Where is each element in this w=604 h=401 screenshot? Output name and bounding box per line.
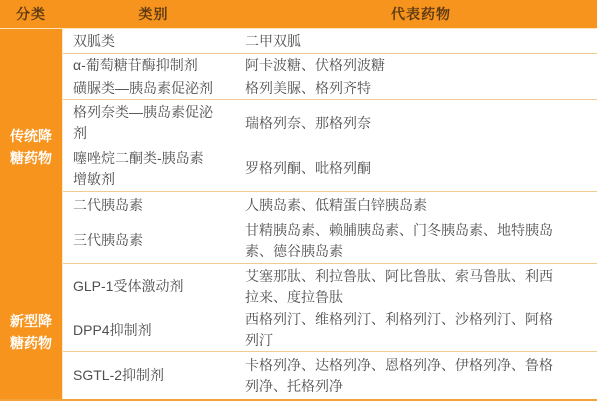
table-row: 磺脲类—胰岛素促泌剂 格列美脲、格列齐特 (63, 77, 597, 100)
table-row: 双胍类 二甲双胍 (63, 29, 597, 54)
table-row: 二代胰岛素 人胰岛素、低精蛋白锌胰岛素 (63, 192, 597, 218)
cell-type: 噻唑烷二酮类-胰岛素 增敏剂 (63, 146, 245, 191)
table-row: 三代胰岛素 甘精胰岛素、赖脯胰岛素、门冬胰岛素、地特胰岛 素、德谷胰岛素 (63, 218, 597, 264)
cell-drugs: 甘精胰岛素、赖脯胰岛素、门冬胰岛素、地特胰岛 素、德谷胰岛素 (245, 218, 597, 263)
header-type: 类别 (62, 0, 245, 28)
cell-type: α-葡萄糖苷酶抑制剂 (63, 54, 245, 77)
table-row: DPP4抑制剂 西格列汀、维格列汀、利格列汀、沙格列汀、阿格 列汀 (63, 309, 597, 352)
cell-type: 三代胰岛素 (63, 218, 245, 263)
header-category: 分类 (0, 0, 62, 28)
table-row: 噻唑烷二酮类-胰岛素 增敏剂 罗格列酮、吡格列酮 (63, 146, 597, 192)
group-label-new: 新型降糖药物 (0, 264, 62, 399)
cell-type: GLP-1受体激动剂 (63, 264, 245, 309)
cell-drugs: 罗格列酮、吡格列酮 (245, 146, 597, 191)
rows-column: 双胍类 二甲双胍 α-葡萄糖苷酶抑制剂 阿卡波糖、伏格列波糖 磺脲类—胰岛素促泌… (62, 29, 597, 399)
cell-drugs: 瑞格列奈、那格列奈 (245, 100, 597, 146)
cell-drugs: 人胰岛素、低精蛋白锌胰岛素 (245, 192, 597, 218)
cell-type: 二代胰岛素 (63, 192, 245, 218)
header-drugs: 代表药物 (245, 0, 597, 28)
group-label-traditional: 传统降糖药物 (0, 29, 62, 264)
table-row: SGTL-2抑制剂 卡格列净、达格列净、恩格列净、伊格列净、鲁格 列净、托格列净 (63, 352, 597, 399)
cell-drugs: 二甲双胍 (245, 29, 597, 53)
table-row: α-葡萄糖苷酶抑制剂 阿卡波糖、伏格列波糖 (63, 54, 597, 77)
medication-table: 分类 类别 代表药物 传统降糖药物 新型降糖药物 双胍类 二甲双胍 α-葡萄糖苷… (0, 0, 597, 401)
cell-type: DPP4抑制剂 (63, 309, 245, 351)
cell-type: 磺脲类—胰岛素促泌剂 (63, 77, 245, 99)
cell-drugs: 艾塞那肽、利拉鲁肽、阿比鲁肽、索马鲁肽、利西 拉来、度拉鲁肽 (245, 264, 597, 309)
table-row: 格列奈类—胰岛素促泌 剂 瑞格列奈、那格列奈 (63, 100, 597, 146)
category-column: 传统降糖药物 新型降糖药物 (0, 29, 62, 399)
page: 分类 类别 代表药物 传统降糖药物 新型降糖药物 双胍类 二甲双胍 α-葡萄糖苷… (0, 0, 604, 401)
cell-drugs: 西格列汀、维格列汀、利格列汀、沙格列汀、阿格 列汀 (245, 309, 597, 351)
table-header-row: 分类 类别 代表药物 (0, 0, 597, 28)
table-row: GLP-1受体激动剂 艾塞那肽、利拉鲁肽、阿比鲁肽、索马鲁肽、利西 拉来、度拉鲁… (63, 264, 597, 309)
cell-drugs: 卡格列净、达格列净、恩格列净、伊格列净、鲁格 列净、托格列净 (245, 352, 597, 399)
cell-drugs: 格列美脲、格列齐特 (245, 77, 597, 99)
cell-type: 双胍类 (63, 29, 245, 53)
cell-type: SGTL-2抑制剂 (63, 352, 245, 399)
cell-drugs: 阿卡波糖、伏格列波糖 (245, 54, 597, 77)
cell-type: 格列奈类—胰岛素促泌 剂 (63, 100, 245, 146)
table-body: 传统降糖药物 新型降糖药物 双胍类 二甲双胍 α-葡萄糖苷酶抑制剂 阿卡波糖、伏… (0, 28, 597, 399)
